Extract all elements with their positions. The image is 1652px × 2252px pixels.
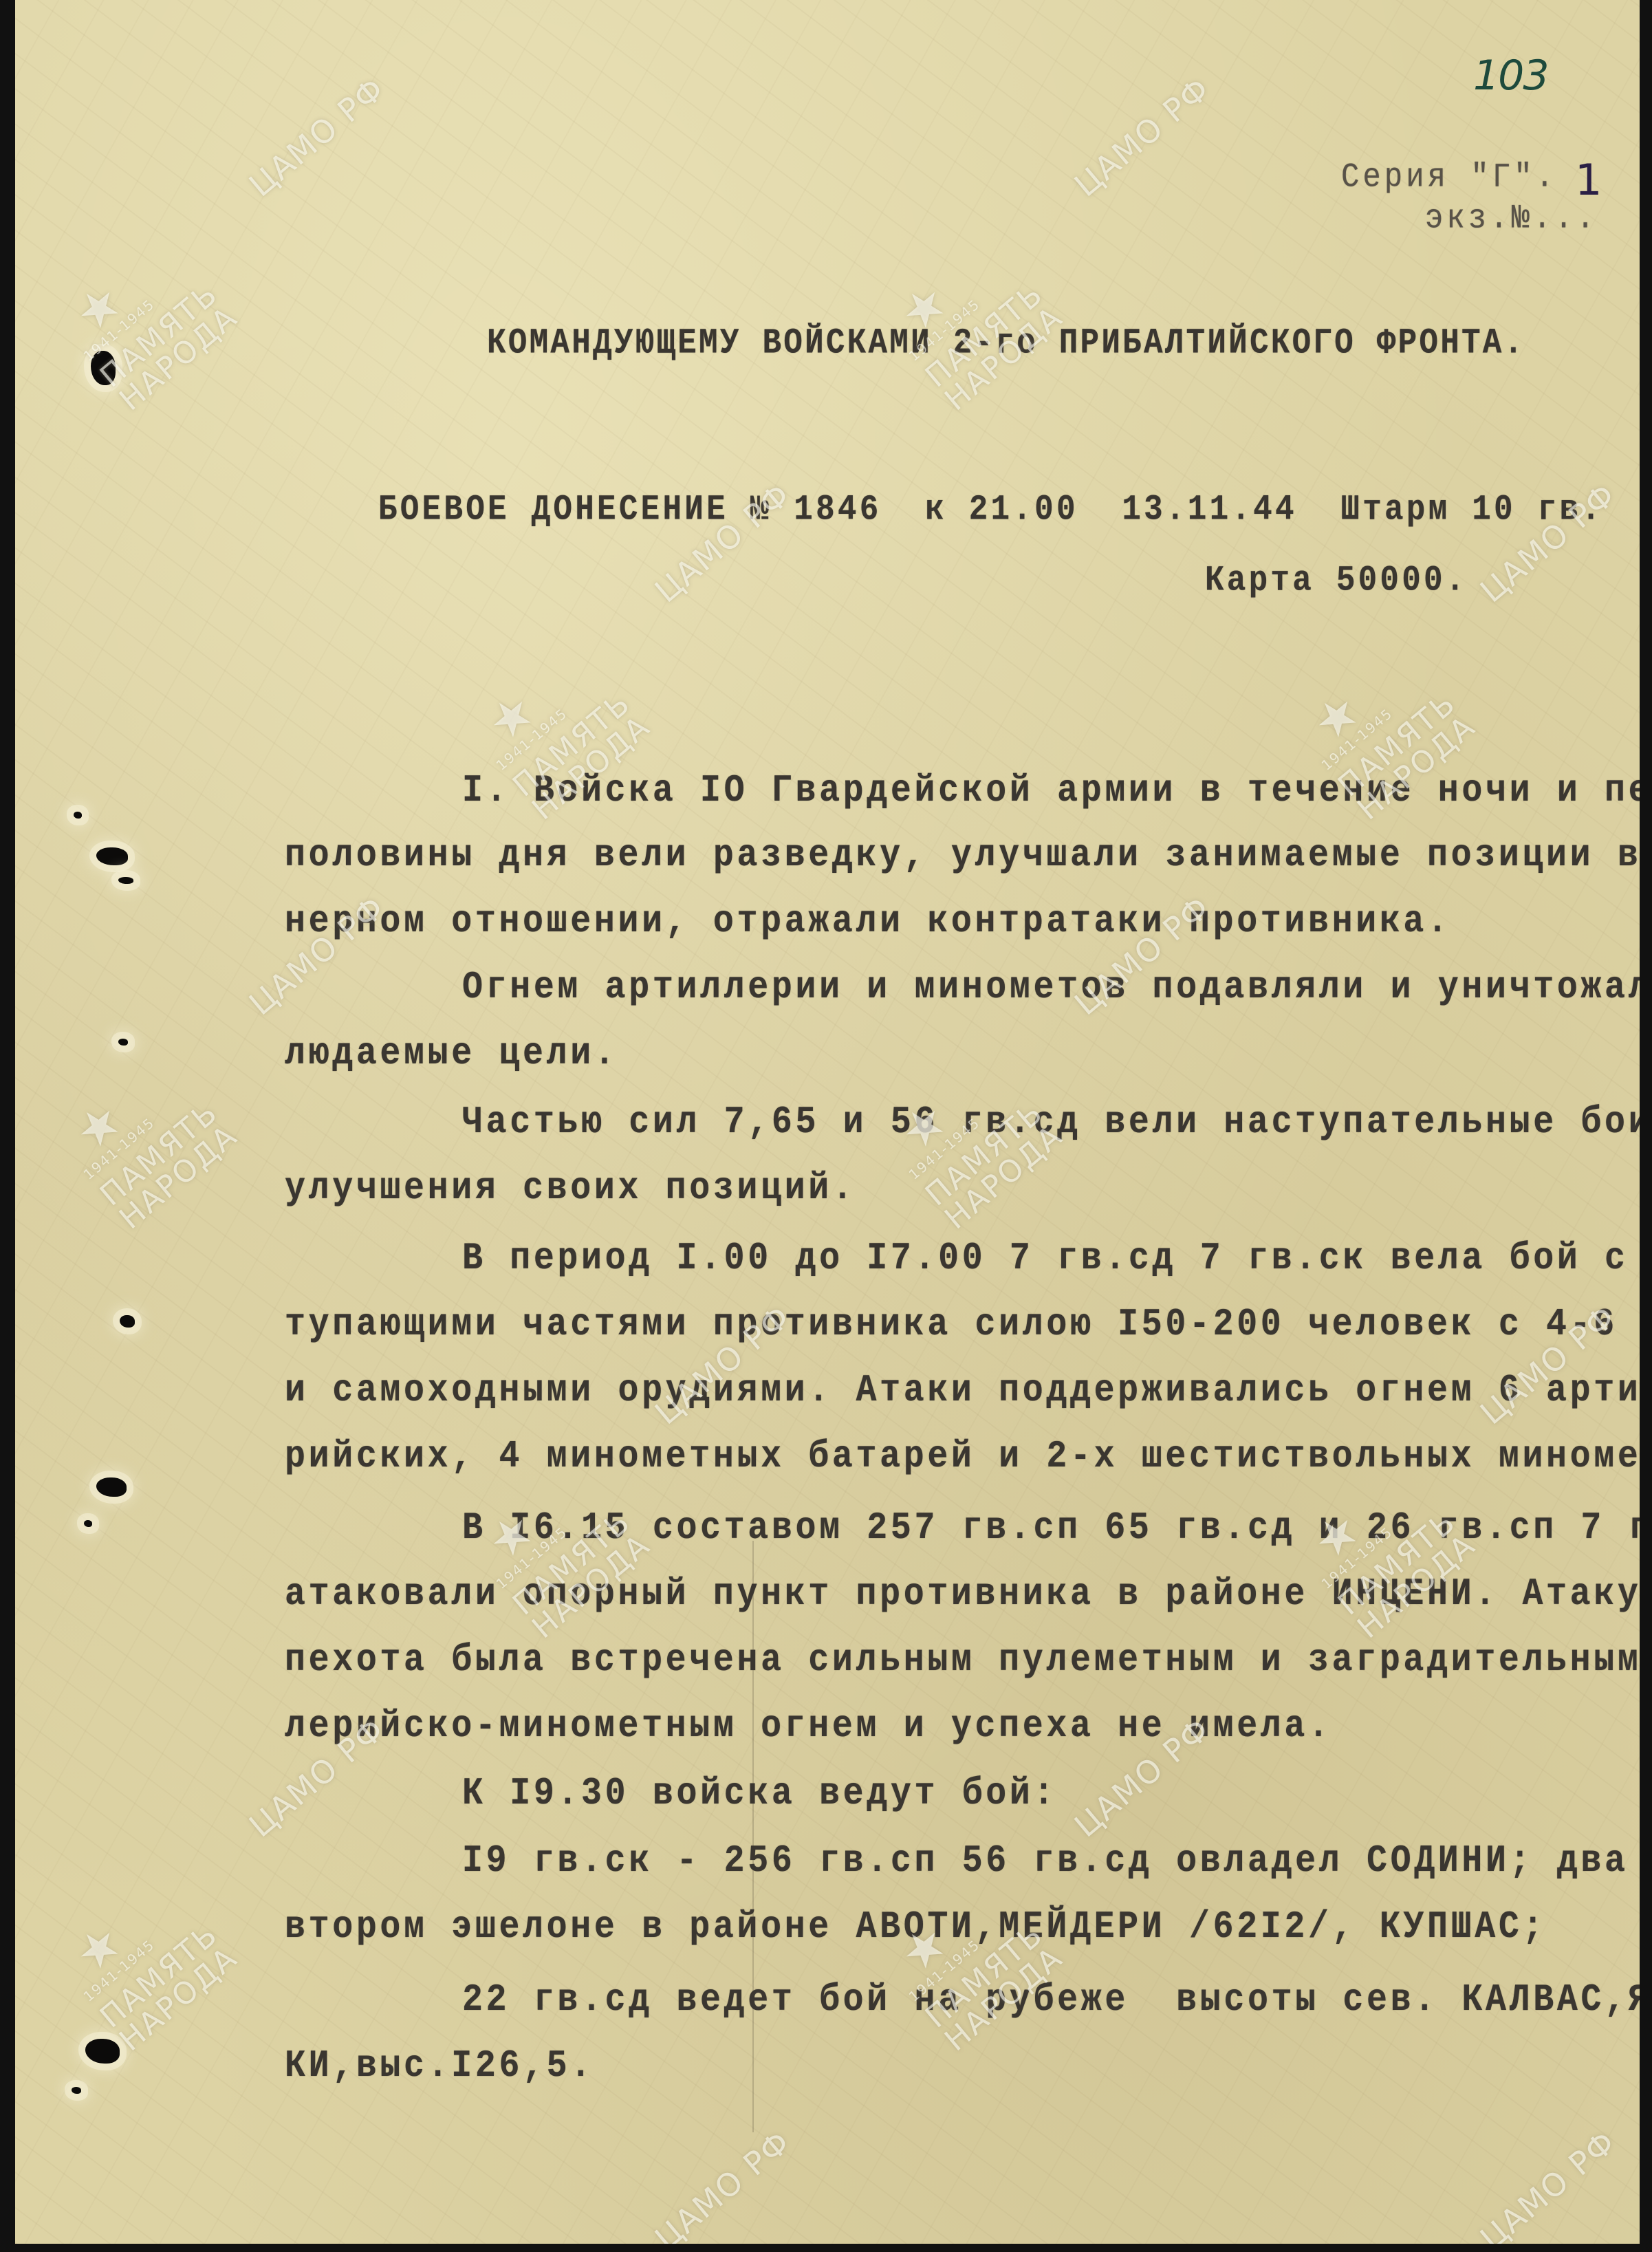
handwritten-copy-number: 1 bbox=[1575, 155, 1602, 205]
body-line: рийских, 4 минометных батарей и 2-х шест… bbox=[285, 1435, 1640, 1479]
body-line: I. Войска IO Гвардейской армии в течение… bbox=[462, 769, 1640, 813]
document-page: 103 Серия "Г". 1 экз.№... КОМАНДУЮЩЕМУ В… bbox=[15, 0, 1640, 2244]
body-line: улучшения своих позиций. bbox=[285, 1167, 856, 1211]
body-line: атаковали опорный пункт противника в рай… bbox=[285, 1572, 1640, 1616]
body-line: пехота была встречена сильным пулеметным… bbox=[285, 1638, 1640, 1682]
copy-number-label: экз.№... bbox=[1425, 199, 1598, 238]
body-line: тупающими частями противника силою I50-2… bbox=[285, 1303, 1640, 1347]
body-line: и самоходными орудиями. Атаки поддержива… bbox=[285, 1369, 1640, 1413]
paper-crease bbox=[752, 1541, 754, 2132]
handwritten-page-number: 103 bbox=[1473, 52, 1548, 100]
body-line: 22 гв.сд ведет бой на рубеже высоты сев.… bbox=[462, 1978, 1640, 2022]
body-line: В период I.00 до I7.00 7 гв.сд 7 гв.ск в… bbox=[462, 1237, 1640, 1281]
body-line: половины дня вели разведку, улучшали зан… bbox=[285, 834, 1640, 878]
punch-hole bbox=[118, 877, 133, 884]
punch-hole bbox=[118, 1039, 128, 1046]
body-line: КИ,выс.I26,5. bbox=[285, 2044, 594, 2088]
body-line: людаемые цели. bbox=[285, 1032, 618, 1076]
body-line: Частью сил 7,65 и 56 гв.сд вели наступат… bbox=[462, 1101, 1640, 1145]
body-line: Огнем артиллерии и минометов подавляли и… bbox=[462, 966, 1640, 1010]
body-line: лерийско-минометным огнем и успеха не им… bbox=[285, 1704, 1332, 1748]
body-line: В I6.15 составом 257 гв.сп 65 гв.сд и 26… bbox=[462, 1506, 1640, 1550]
body-line: нерном отношении, отражали контратаки пр… bbox=[285, 900, 1451, 944]
punch-hole bbox=[74, 812, 82, 819]
punch-hole bbox=[120, 1315, 135, 1328]
map-scale: Карта 50000. bbox=[1205, 561, 1468, 600]
body-line: втором эшелоне в районе АВОТИ,МЕЙДЕРИ /6… bbox=[285, 1905, 1546, 1949]
body-line: К I9.30 войска ведут бой: bbox=[462, 1772, 1057, 1816]
punch-hole bbox=[91, 351, 116, 385]
punch-hole bbox=[72, 2087, 81, 2094]
report-title: БОЕВОЕ ДОНЕСЕНИЕ № 1846 к 21.00 13.11.44… bbox=[378, 490, 1603, 530]
addressee-heading: КОМАНДУЮЩЕМУ ВОЙСКАМИ 2-го ПРИБАЛТИЙСКОГ… bbox=[487, 323, 1525, 363]
body-line: I9 гв.ск - 256 гв.сп 56 гв.сд овладел СО… bbox=[462, 1839, 1640, 1883]
series-label: Серия "Г". bbox=[1341, 158, 1557, 197]
punch-hole bbox=[84, 1520, 92, 1527]
